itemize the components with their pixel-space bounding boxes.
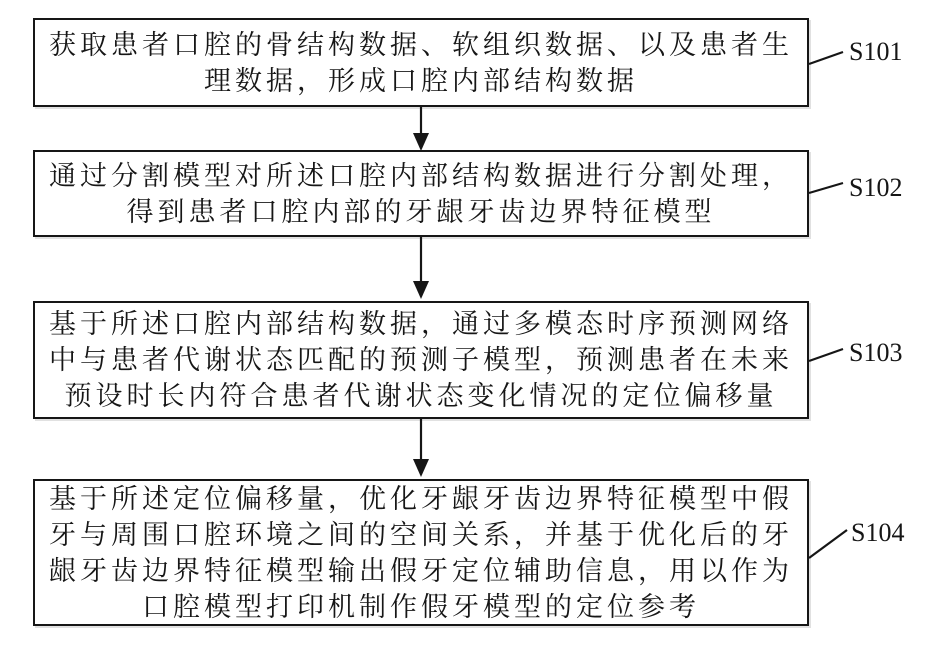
flow-step-box-s103: 基于所述口腔内部结构数据，通过多模态时序预测网络 中与患者代谢状态匹配的预测子模…: [33, 301, 809, 419]
step-label-s101: S101: [849, 38, 902, 66]
step-text-line: 获取患者口腔的骨结构数据、软组织数据、以及患者生: [49, 27, 793, 63]
down-arrow-head-icon: [413, 281, 429, 299]
step-text-line: 得到患者口腔内部的牙龈牙齿边界特征模型: [127, 194, 716, 230]
step-text-line: 牙与周围口腔环境之间的空间关系，并基于优化后的牙: [49, 517, 793, 553]
label-connector-line-s104: [809, 530, 847, 558]
step-text-line: 基于所述定位偏移量，优化牙龈牙齿边界特征模型中假: [49, 481, 793, 517]
step-text-line: 基于所述口腔内部结构数据，通过多模态时序预测网络: [49, 306, 793, 342]
step-label-s103: S103: [849, 339, 902, 367]
flow-step-box-s102: 通过分割模型对所述口腔内部结构数据进行分割处理， 得到患者口腔内部的牙龈牙齿边界…: [33, 150, 809, 237]
step-label-s102: S102: [849, 174, 902, 202]
down-arrow-head-icon: [413, 459, 429, 477]
step-text-line: 中与患者代谢状态匹配的预测子模型，预测患者在未来: [49, 342, 793, 378]
step-text-line: 理数据，形成口腔内部结构数据: [204, 63, 638, 99]
flow-step-box-s104: 基于所述定位偏移量，优化牙龈牙齿边界特征模型中假 牙与周围口腔环境之间的空间关系…: [33, 479, 809, 626]
step-text-line: 通过分割模型对所述口腔内部结构数据进行分割处理，: [49, 158, 793, 194]
step-label-s104: S104: [851, 519, 904, 547]
label-connector-line-s102: [809, 183, 843, 193]
step-text-line: 口腔模型打印机制作假牙模型的定位参考: [142, 589, 700, 625]
flowchart-diagram: 获取患者口腔的骨结构数据、软组织数据、以及患者生 理数据，形成口腔内部结构数据 …: [0, 0, 926, 670]
step-text-line: 预设时长内符合患者代谢状态变化情况的定位偏移量: [65, 378, 778, 414]
step-text-line: 龈牙齿边界特征模型输出假牙定位辅助信息，用以作为: [49, 553, 793, 589]
label-connector-line-s103: [809, 349, 843, 361]
down-arrow-head-icon: [413, 133, 429, 151]
flow-step-box-s101: 获取患者口腔的骨结构数据、软组织数据、以及患者生 理数据，形成口腔内部结构数据: [33, 18, 809, 107]
label-connector-line-s101: [809, 52, 843, 64]
